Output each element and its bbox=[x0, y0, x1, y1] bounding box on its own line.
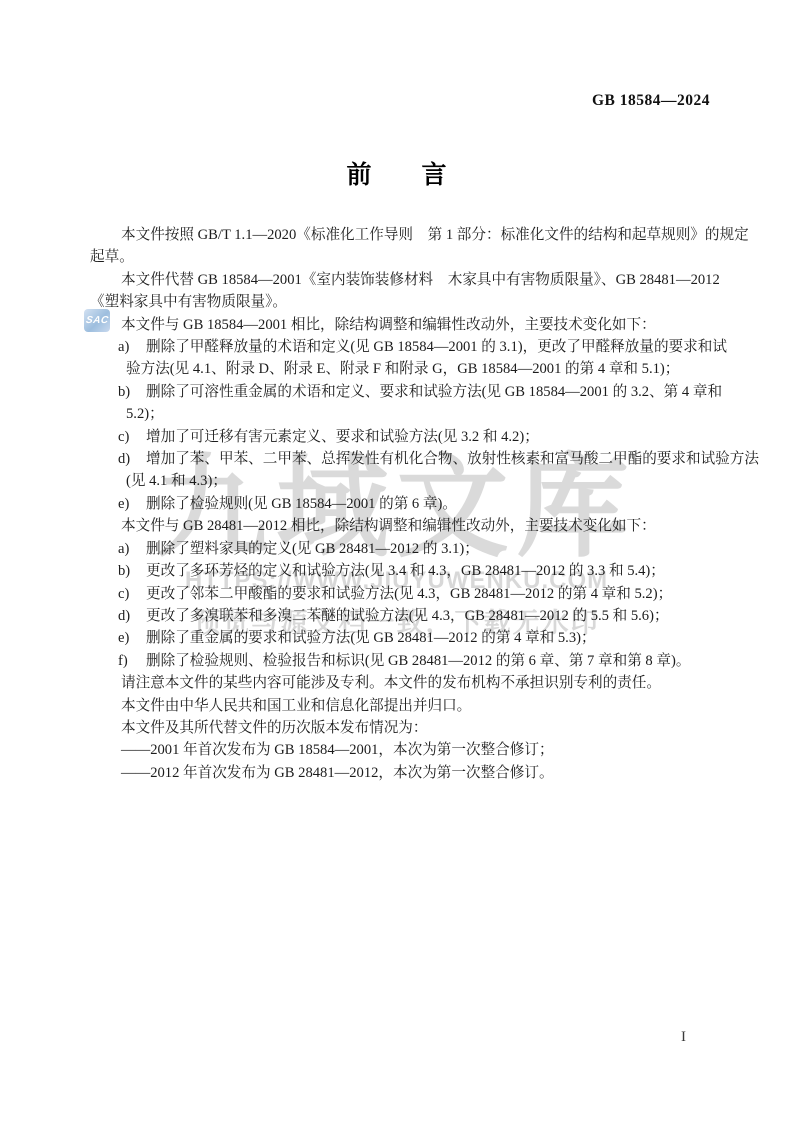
text-line: 本文件按照 GB/T 1.1—2020《标准化工作导则 第 1 部分：标准化文件… bbox=[90, 224, 719, 246]
text-line: ——2001 年首次发布为 GB 18584—2001，本次为第一次整合修订； bbox=[90, 739, 719, 761]
text-line: 本文件代替 GB 18584—2001《室内装饰装修材料 木家具中有害物质限量》… bbox=[90, 269, 719, 291]
text-line: 《塑料家具中有害物质限量》。 bbox=[90, 291, 719, 313]
text-line: b)删除了可溶性重金属的术语和定义、要求和试验方法(见 GB 18584—200… bbox=[90, 381, 719, 403]
list-marker: a) bbox=[118, 336, 146, 358]
page-number: I bbox=[681, 1029, 686, 1046]
text-line: c)增加了可迁移有害元素定义、要求和试验方法(见 3.2 和 4.2)； bbox=[90, 426, 719, 448]
text-line: a)删除了塑料家具的定义(见 GB 28481—2012 的 3.1)； bbox=[90, 538, 719, 560]
text-line: 起草。 bbox=[90, 246, 719, 268]
text-line: (见 4.1 和 4.3)； bbox=[90, 470, 719, 492]
text-line: e)删除了重金属的要求和试验方法(见 GB 28481—2012 的第 4 章和… bbox=[90, 627, 719, 649]
list-marker: c) bbox=[118, 583, 146, 605]
document-page: 九域文库 HTTPS://WWW.JIUYUWENKU.COM 预览与源文档一致… bbox=[0, 0, 793, 1122]
list-marker: d) bbox=[118, 448, 146, 470]
list-marker: e) bbox=[118, 493, 146, 515]
text-line: e)删除了检验规则(见 GB 18584—2001 的第 6 章)。 bbox=[90, 493, 719, 515]
document-body: 本文件按照 GB/T 1.1—2020《标准化工作导则 第 1 部分：标准化文件… bbox=[90, 224, 719, 784]
list-marker: b) bbox=[118, 381, 146, 403]
text-line: 本文件与 GB 18584—2001 相比，除结构调整和编辑性改动外，主要技术变… bbox=[90, 314, 719, 336]
text-line: 请注意本文件的某些内容可能涉及专利。本文件的发布机构不承担识别专利的责任。 bbox=[90, 672, 719, 694]
list-marker: a) bbox=[118, 538, 146, 560]
list-marker: b) bbox=[118, 560, 146, 582]
text-line: 验方法(见 4.1、附录 D、附录 E、附录 F 和附录 G，GB 18584—… bbox=[90, 358, 719, 380]
list-marker: d) bbox=[118, 605, 146, 627]
text-line: 本文件及其所代替文件的历次版本发布情况为： bbox=[90, 717, 719, 739]
text-line: 5.2)； bbox=[90, 403, 719, 425]
text-line: f)删除了检验规则、检验报告和标识(见 GB 28481—2012 的第 6 章… bbox=[90, 650, 719, 672]
text-line: a)删除了甲醛释放量的术语和定义(见 GB 18584—2001 的 3.1)，… bbox=[90, 336, 719, 358]
text-line: ——2012 年首次发布为 GB 28481—2012，本次为第一次整合修订。 bbox=[90, 762, 719, 784]
text-line: c)更改了邻苯二甲酸酯的要求和试验方法(见 4.3，GB 28481—2012 … bbox=[90, 583, 719, 605]
list-marker: f) bbox=[118, 650, 146, 672]
text-line: d)更改了多溴联苯和多溴二苯醚的试验方法(见 4.3，GB 28481—2012… bbox=[90, 605, 719, 627]
text-line: d)增加了苯、甲苯、二甲苯、总挥发性有机化合物、放射性核素和富马酸二甲酯的要求和… bbox=[90, 448, 719, 470]
list-marker: c) bbox=[118, 426, 146, 448]
page-title: 前 言 bbox=[0, 155, 793, 191]
text-line: 本文件由中华人民共和国工业和信息化部提出并归口。 bbox=[90, 695, 719, 717]
text-line: b)更改了多环芳烃的定义和试验方法(见 3.4 和 4.3，GB 28481—2… bbox=[90, 560, 719, 582]
list-marker: e) bbox=[118, 627, 146, 649]
text-line: 本文件与 GB 28481—2012 相比，除结构调整和编辑性改动外，主要技术变… bbox=[90, 515, 719, 537]
standard-number: GB 18584—2024 bbox=[592, 92, 710, 110]
